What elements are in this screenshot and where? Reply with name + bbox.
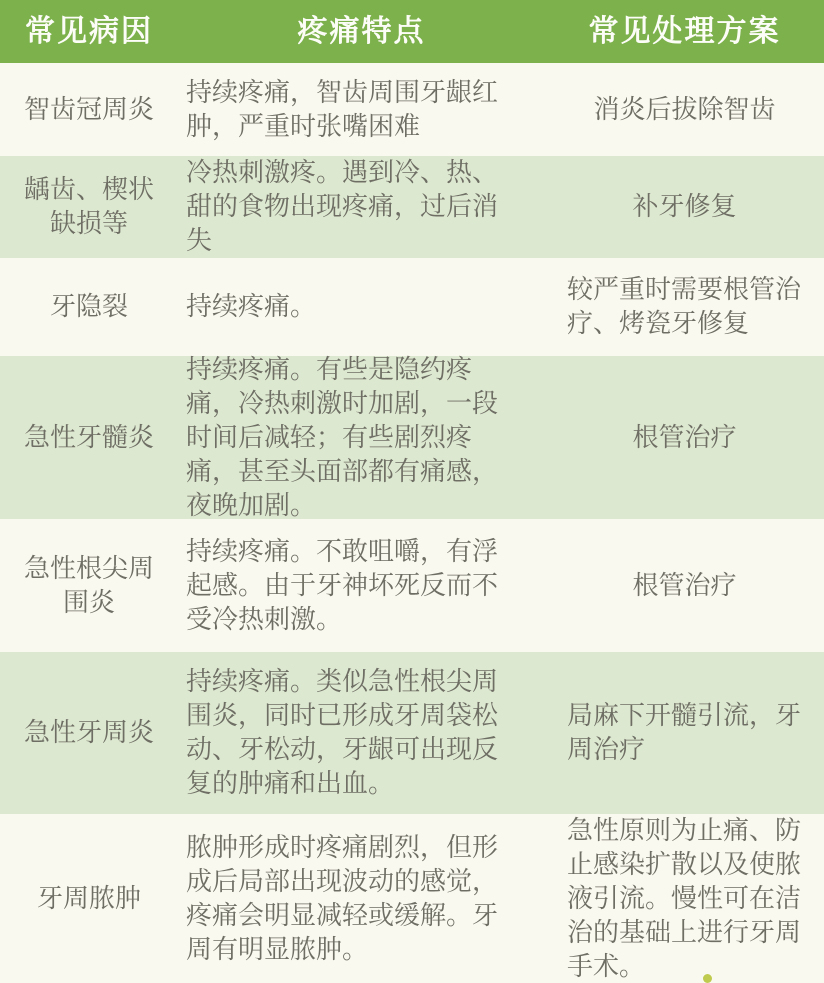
feature-cell: 持续疼痛。类似急性根尖周围炎，同时已形成牙周袋松动、牙松动，牙龈可出现反复的肿痛… [178,665,545,801]
watermark-dot [703,974,712,983]
feature-cell: 冷热刺激疼。遇到冷、热、甜的食物出现疼痛，过后消失 [178,156,545,258]
table-row: 急性牙髓炎 持续疼痛。有些是隐约疼痛，冷热刺激时加剧，一段时间后减轻；有些剧烈疼… [0,356,824,519]
treatment-text: 较严重时需要根管治疗、烤瓷牙修复 [567,273,802,341]
treatment-text: 消炎后拔除智齿 [593,93,775,127]
treatment-text: 急性原则为止痛、防止感染扩散以及使脓液引流。慢性可在洁治的基础上进行牙周手术。 [567,814,802,983]
table-row: 智齿冠周炎 持续疼痛，智齿周围牙龈红肿，严重时张嘴困难 消炎后拔除智齿 [0,63,824,156]
cause-cell: 牙周脓肿 [0,882,178,916]
table-row: 牙周脓肿 脓肿形成时疼痛剧烈，但形成后局部出现波动的感觉，疼痛会明显减轻或缓解。… [0,814,824,983]
table-header-row: 常见病因 疼痛特点 常见处理方案 [0,0,824,63]
table-row: 急性牙周炎 持续疼痛。类似急性根尖周围炎，同时已形成牙周袋松动、牙松动，牙龈可出… [0,652,824,814]
feature-cell: 持续疼痛，智齿周围牙龈红肿，严重时张嘴困难 [178,76,545,144]
treatment-text: 根管治疗 [632,569,736,603]
treatment-text: 补牙修复 [632,190,736,224]
treatment-text: 根管治疗 [632,421,736,455]
feature-cell: 持续疼痛。不敢咀嚼，有浮起感。由于牙神坏死反而不受冷热刺激。 [178,535,545,637]
treatment-cell: 补牙修复 [545,190,824,224]
feature-cell: 脓肿形成时疼痛剧烈，但形成后局部出现波动的感觉，疼痛会明显减轻或缓解。牙周有明显… [178,831,545,967]
treatment-cell: 较严重时需要根管治疗、烤瓷牙修复 [545,273,824,341]
treatment-cell: 根管治疗 [545,569,824,603]
treatment-text: 局麻下开髓引流，牙周治疗 [567,699,802,767]
header-treatment: 常见处理方案 [545,15,824,49]
table-row: 龋齿、楔状缺损等 冷热刺激疼。遇到冷、热、甜的食物出现疼痛，过后消失 补牙修复 [0,156,824,258]
treatment-cell: 消炎后拔除智齿 [545,93,824,127]
dental-pain-table: 常见病因 疼痛特点 常见处理方案 智齿冠周炎 持续疼痛，智齿周围牙龈红肿，严重时… [0,0,824,983]
cause-cell: 急性牙髓炎 [0,421,178,455]
treatment-cell: 根管治疗 [545,421,824,455]
feature-cell: 持续疼痛。有些是隐约疼痛，冷热刺激时加剧，一段时间后减轻；有些剧烈疼痛，甚至头面… [178,353,545,523]
cause-cell: 急性根尖周围炎 [0,552,178,620]
treatment-cell: 急性原则为止痛、防止感染扩散以及使脓液引流。慢性可在洁治的基础上进行牙周手术。 [545,814,824,983]
feature-cell: 持续疼痛。 [178,290,545,324]
header-cause: 常见病因 [0,15,178,49]
table-row: 急性根尖周围炎 持续疼痛。不敢咀嚼，有浮起感。由于牙神坏死反而不受冷热刺激。 根… [0,519,824,652]
header-feature: 疼痛特点 [178,15,545,49]
dental-pain-table-page: 常见病因 疼痛特点 常见处理方案 智齿冠周炎 持续疼痛，智齿周围牙龈红肿，严重时… [0,0,824,983]
cause-cell: 龋齿、楔状缺损等 [0,173,178,241]
cause-cell: 急性牙周炎 [0,716,178,750]
cause-cell: 牙隐裂 [0,290,178,324]
treatment-cell: 局麻下开髓引流，牙周治疗 [545,699,824,767]
cause-cell: 智齿冠周炎 [0,93,178,127]
table-row: 牙隐裂 持续疼痛。 较严重时需要根管治疗、烤瓷牙修复 [0,258,824,356]
